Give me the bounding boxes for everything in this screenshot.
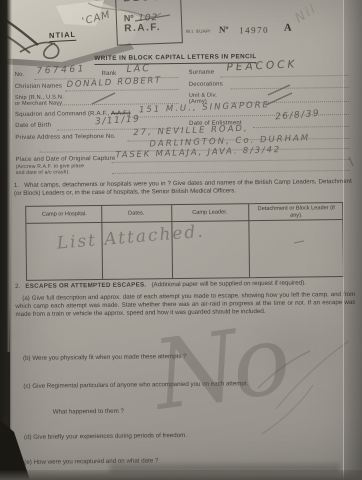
question-1-number: 1.: [14, 182, 19, 189]
reference-suffix: A: [284, 23, 292, 34]
service-no-label: No.: [15, 72, 25, 78]
paper-stain: [240, 300, 350, 390]
ship-label-line2: or Merchant Navy: [15, 100, 62, 107]
reference-no-label: Nº: [219, 24, 229, 34]
table-header-leader: Camp Leader.: [173, 209, 246, 216]
surname-value: PEACOCK: [226, 58, 297, 73]
question-1: 1.What camps, detachments or hospitals w…: [14, 178, 352, 198]
capture-label: Place and Date of Original Capture: [16, 156, 116, 163]
form-code: M.I. 9/JAP/: [186, 29, 211, 34]
reference-number: 14970: [239, 25, 269, 35]
raf-block-stamp: BLOCK Nº 102 R.A.F.: [115, 0, 183, 46]
confidential-stamp-partial: NTIAL: [49, 30, 77, 42]
capture-sublabel-line2: and date of a/c crash).: [16, 169, 70, 176]
date-of-birth-value: 3/11/19: [95, 114, 141, 127]
paper-stain: [40, 250, 120, 310]
stamp-line-block: BLOCK: [123, 0, 171, 4]
capture-value: TASEK MALAJA, JAVA. 8/3/42: [115, 145, 281, 160]
form-content: BLOCK Nº 102 R.A.F. M.I. 9/JAP/ Nº 14970…: [0, 0, 362, 480]
christian-names-label: Christian Names: [15, 83, 62, 90]
table-header-camp: Camp or Hospital.: [28, 211, 100, 218]
table-entry-list-attached: List Attached.: [56, 222, 205, 254]
decorations-label: Decorations: [189, 81, 223, 87]
bottom-page-edge-band: [0, 470, 362, 480]
date-of-enlistment-value: 26/8/39: [275, 109, 321, 123]
rank-label: Rank: [102, 71, 117, 77]
rank-value: LAC: [126, 63, 151, 75]
section-2-item-d: (d) Give briefly your experiences during…: [24, 430, 354, 442]
nil-scribble: Nil: [293, 1, 320, 26]
surname-label: Surname: [189, 70, 215, 76]
section-2-number: 2.: [15, 283, 20, 290]
service-no-value: 767461: [36, 64, 86, 76]
left-binding-shadow: [0, 0, 12, 480]
question-1-text: What camps, detachments or hospitals wer…: [14, 178, 352, 197]
photographed-raf-pow-form: BLOCK Nº 102 R.A.F. M.I. 9/JAP/ Nº 14970…: [0, 0, 362, 480]
date-of-birth-label: Date of Birth: [15, 123, 51, 129]
stamp-line-raf: R.A.F.: [124, 22, 161, 34]
table-header-detachment: Detachment or Block Leader (if any).: [252, 205, 340, 219]
stamp-no-prefix: Nº: [124, 13, 134, 23]
section-2-note: (Additional paper will be supplied on re…: [151, 279, 306, 288]
right-page-edge-band: [344, 0, 362, 480]
table-header-dates: Dates.: [103, 210, 169, 217]
address-label: Private Address and Telephone No.: [15, 134, 116, 141]
corner-scribble: 'CAM: [81, 9, 112, 27]
table-column-divider: [248, 204, 250, 277]
